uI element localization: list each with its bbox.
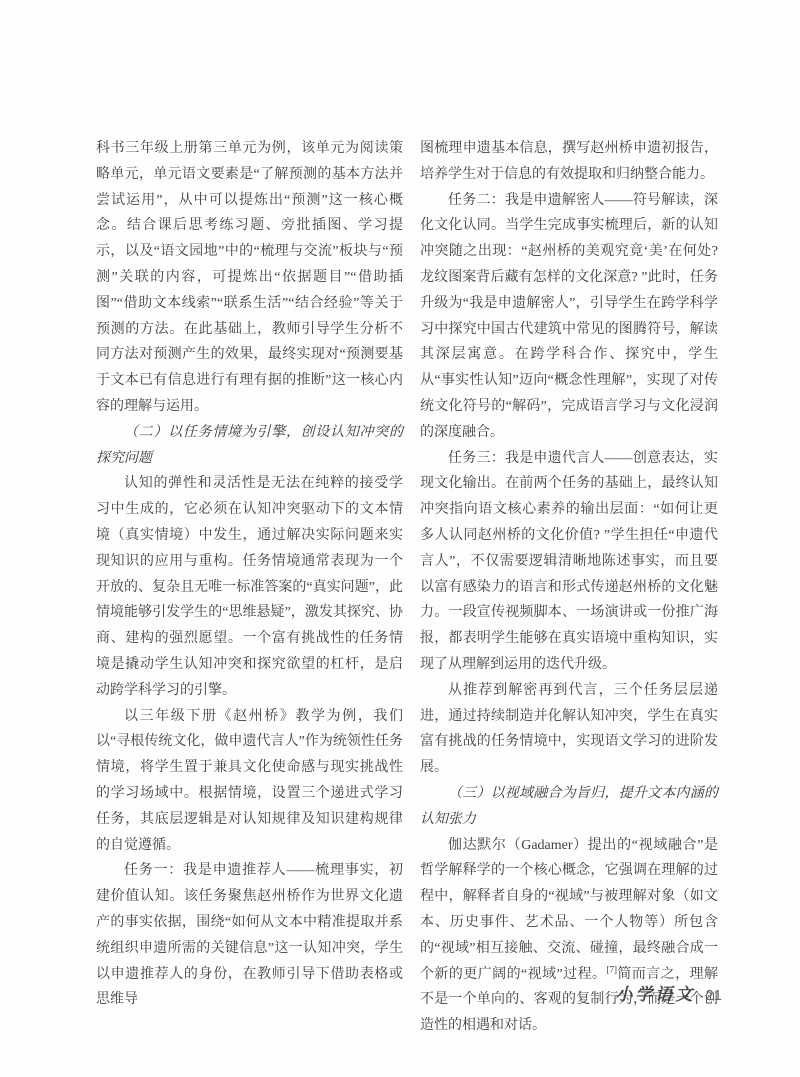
paragraph: 任务三：我是申遗代言人——创意表达，实现文化输出。在前两个任务的基础上，最终认知… [420,446,718,678]
footnote-ref: [7] [606,964,617,974]
paragraph: 认知的弹性和灵活性是无法在纯粹的接受学习中生成的，它必须在认知冲突驱动下的文本情… [96,471,403,703]
journal-page: 科书三年级上册第三单元为例，该单元为阅读策略单元，单元语文要素是“了解预测的基本… [0,0,800,1077]
paragraph: 图梳理申遗基本信息，撰写赵州桥申遗初报告，培养学生对于信息的有效提取和归纳整合能… [420,136,718,188]
article-body: 科书三年级上册第三单元为例，该单元为阅读策略单元，单元语文要素是“了解预测的基本… [96,136,718,1039]
page-footer: 小学语文21 [615,980,722,1005]
paragraph: 任务一：我是申遗推荐人——梳理事实，初建价值认知。该任务聚焦赵州桥作为世界文化遗… [96,858,403,1013]
paragraph: 伽达默尔（Gadamer）提出的“视域融合”是哲学解释学的一个核心概念，它强调在… [420,833,718,1039]
paragraph: 从推荐到解密再到代言，三个任务层层递进，通过持续制造并化解认知冲突，学生在真实富… [420,678,718,781]
section-subheading: （三）以视域融合为旨归，提升文本内涵的认知张力 [420,781,718,833]
paragraph: 科书三年级上册第三单元为例，该单元为阅读策略单元，单元语文要素是“了解预测的基本… [96,136,403,420]
paragraph: 任务二：我是申遗解密人——符号解读，深化文化认同。当学生完成事实梳理后，新的认知… [420,188,718,446]
column-left: 科书三年级上册第三单元为例，该单元为阅读策略单元，单元语文要素是“了解预测的基本… [96,136,403,1039]
paragraph: 以三年级下册《赵州桥》教学为例，我们以“寻根传统文化，做申遗代言人”作为统领性任… [96,704,403,859]
column-right: 图梳理申遗基本信息，撰写赵州桥申遗初报告，培养学生对于信息的有效提取和归纳整合能… [420,136,718,1039]
journal-name: 小学语文 [615,985,695,1005]
page-number: 21 [705,987,722,1004]
section-subheading: （二）以任务情境为引擎，创设认知冲突的探究问题 [96,420,403,472]
